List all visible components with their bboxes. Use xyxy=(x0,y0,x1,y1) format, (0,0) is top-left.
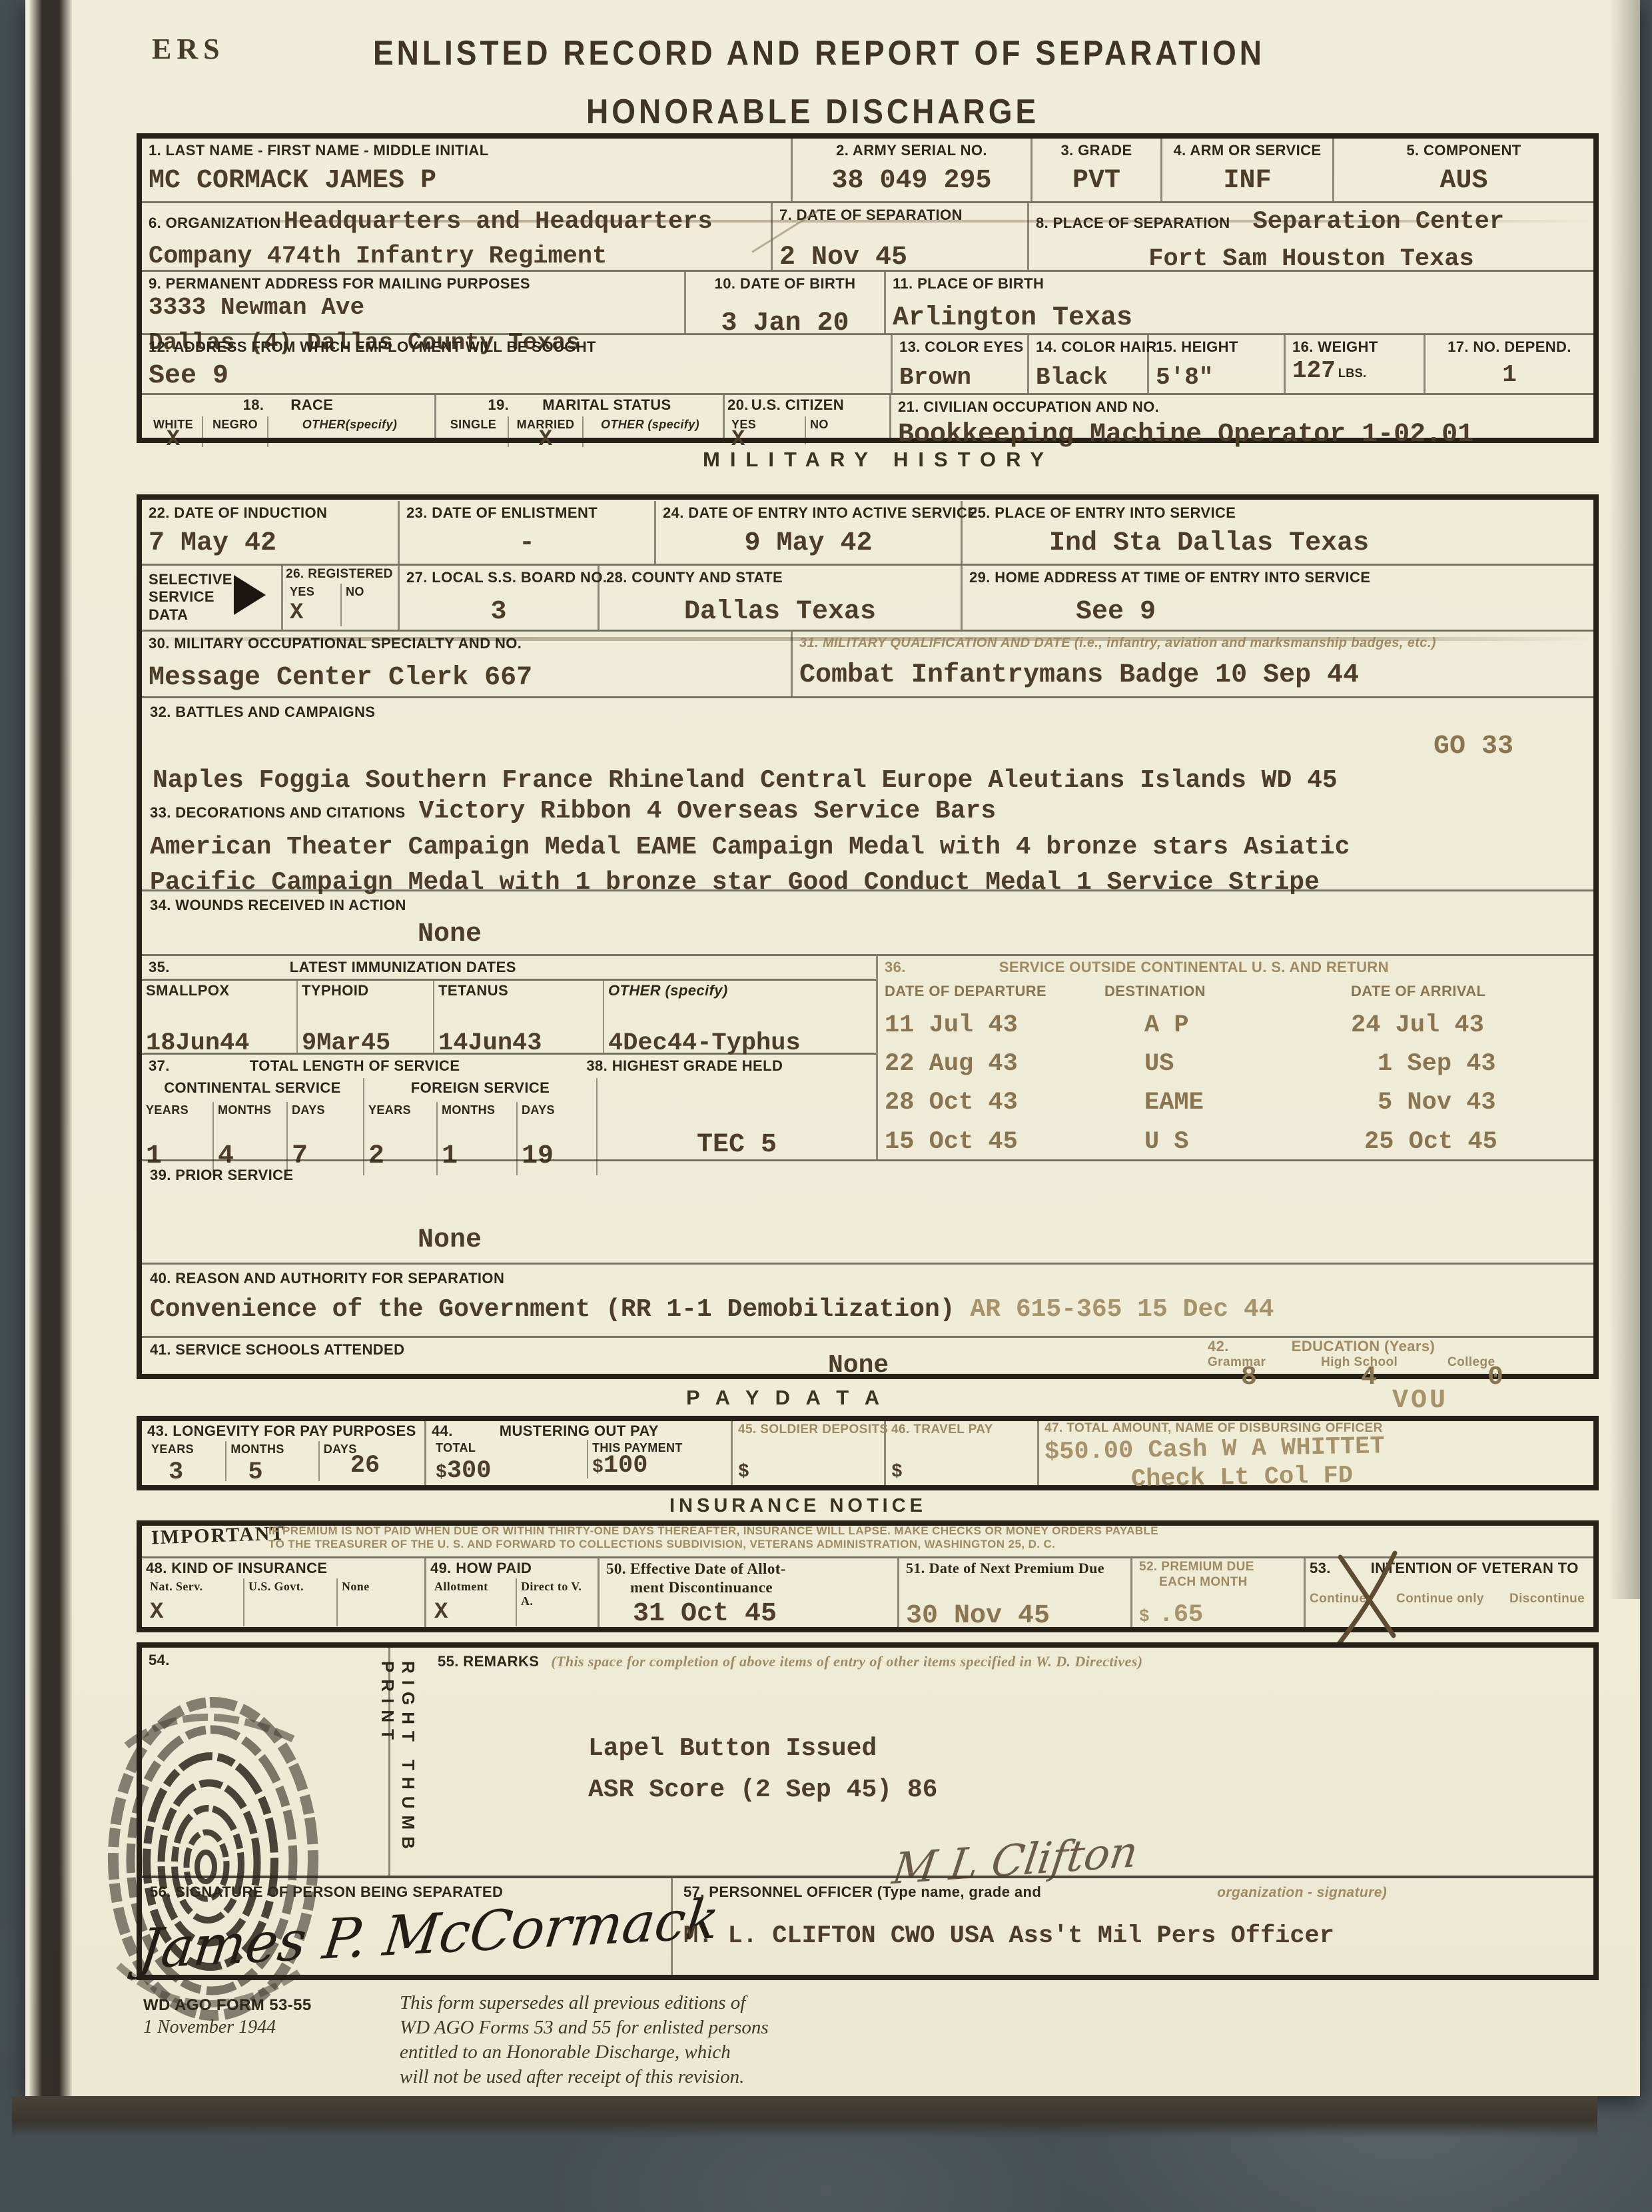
field-29-home-address: 29. HOME ADDRESS AT TIME OF ENTRY INTO S… xyxy=(963,566,1593,630)
longevity-months-value: 5 xyxy=(230,1457,314,1488)
grammar-value: 8 xyxy=(1208,1361,1321,1394)
field-43-label: 43. LONGEVITY FOR PAY PURPOSES xyxy=(147,1422,419,1440)
field-20-title: U.S. CITIZEN xyxy=(751,396,844,413)
field-38-label: 38. HIGHEST GRADE HELD xyxy=(586,1057,783,1075)
field-11-value: Arlington Texas xyxy=(893,302,1587,335)
field-37-title: TOTAL LENGTH OF SERVICE xyxy=(250,1057,460,1075)
field-51-label: 51. Date of Next Premium Due xyxy=(906,1560,1124,1577)
field-16-unit: LBS. xyxy=(1338,366,1367,380)
dest-3: EAME xyxy=(1104,1087,1351,1118)
field-13-label: 13. COLOR EYES xyxy=(899,338,1021,356)
form-date: 1 November 1944 xyxy=(143,2015,312,2039)
departure-head: DATE OF DEPARTURE xyxy=(885,983,1104,1000)
thumbprint-divider xyxy=(388,1648,390,1876)
field-1-label: 1. LAST NAME - FIRST NAME - MIDDLE INITI… xyxy=(149,142,784,159)
field-18-title: RACE xyxy=(290,396,333,414)
field-46-label: 46. TRAVEL PAY xyxy=(891,1422,1032,1438)
field-33-value2: American Theater Campaign Medal EAME Cam… xyxy=(150,831,1585,863)
field-56-signature: 56. SIGNATURE OF PERSON BEING SEPARATED … xyxy=(142,1878,673,1979)
field-51-value: 30 Nov 45 xyxy=(906,1600,1124,1633)
field-7-date-separation: 7. DATE OF SEPARATION 2 Nov 45 xyxy=(773,203,1029,270)
row-9-11: 9. PERMANENT ADDRESS FOR MAILING PURPOSE… xyxy=(142,270,1593,333)
registered-no-label: NO xyxy=(346,585,364,598)
field-24-label: 24. DATE OF ENTRY INTO ACTIVE SERVICE xyxy=(663,504,954,522)
registered-yes-option: YESX xyxy=(286,584,342,626)
military-history-heading: MILITARY HISTORY xyxy=(703,448,1054,472)
row-22-25: 22. DATE OF INDUCTION 7 May 42 23. DATE … xyxy=(142,501,1593,564)
field-18-number: 18. xyxy=(243,396,264,414)
field-1-last-name: 1. LAST NAME - FIRST NAME - MIDDLE INITI… xyxy=(142,139,793,201)
field-4-label: 4. ARM OR SERVICE xyxy=(1169,142,1326,159)
field-33-value1: Victory Ribbon 4 Overseas Service Bars xyxy=(419,797,997,826)
ers-stamp: ERS xyxy=(152,32,225,66)
field-17-value: 1 xyxy=(1432,360,1587,390)
field-15-height: 15. HEIGHT 5'8" xyxy=(1149,335,1286,393)
field-48-insurance-kind: 48. KIND OF INSURANCE Nat. Serv.X U.S. G… xyxy=(142,1558,426,1628)
field-29-label: 29. HOME ADDRESS AT TIME OF ENTRY INTO S… xyxy=(969,569,1587,586)
dest-4: U S xyxy=(1104,1127,1351,1157)
field-18-race: 18.RACE WHITEX NEGRO OTHER(specify) xyxy=(142,395,436,443)
field-41-value: None xyxy=(828,1350,889,1382)
field-45-deposits: 45. SOLDIER DEPOSITS $ xyxy=(733,1420,886,1485)
field-34-label: 34. WOUNDS RECEIVED IN ACTION xyxy=(150,897,1585,914)
other-value: 4Dec44-Typhus xyxy=(608,1028,867,1059)
field-21-value: Bookkeeping Machine Operator 1-02.01 xyxy=(898,418,1587,452)
field-42-title: EDUCATION (Years) xyxy=(1292,1338,1435,1355)
longevity-months: MONTHS5 xyxy=(226,1441,319,1481)
longevity-years: YEARS3 xyxy=(147,1441,226,1481)
immunization-smallpox: SMALLPOX18Jun44 xyxy=(142,981,298,1053)
form-number: WD AGO FORM 53-55 xyxy=(143,1996,312,2015)
field-36-title: SERVICE OUTSIDE CONTINENTAL U. S. AND RE… xyxy=(999,959,1389,976)
field-46-travel: 46. TRAVEL PAY $ xyxy=(886,1420,1039,1485)
row-18-21: 18.RACE WHITEX NEGRO OTHER(specify) 19.M… xyxy=(142,393,1593,443)
other-head: OTHER (specify) xyxy=(608,982,867,999)
field-14-label: 14. COLOR HAIR xyxy=(1036,338,1140,356)
race-other-label: OTHER(specify) xyxy=(302,418,398,431)
important-label: IMPORTANT xyxy=(151,1522,285,1549)
mustering-payment: THIS PAYMENT $100 xyxy=(588,1440,721,1478)
continental-label: CONTINENTAL SERVICE xyxy=(164,1079,341,1096)
field-15-value: 5'8" xyxy=(1156,362,1277,392)
field-44-mustering: 44.MUSTERING OUT PAY TOTAL $300 THIS PAY… xyxy=(426,1420,733,1485)
field-14-value: Black xyxy=(1036,362,1140,392)
for-years-head: YEARS xyxy=(368,1103,432,1118)
field-20-number: 20. xyxy=(727,396,749,413)
field-24-active-service: 24. DATE OF ENTRY INTO ACTIVE SERVICE 9 … xyxy=(656,501,963,564)
field-46-dollar: $ xyxy=(891,1460,1032,1484)
field-45-label: 45. SOLDIER DEPOSITS xyxy=(738,1422,879,1438)
field-40-label: 40. REASON AND AUTHORITY FOR SEPARATION xyxy=(150,1270,1585,1287)
field-31-value: Combat Infantrymans Badge 10 Sep 44 xyxy=(799,659,1587,692)
for-months-head: MONTHS xyxy=(442,1103,512,1118)
field-3-value: PVT xyxy=(1039,165,1154,198)
field-6-value2: Company 474th Infantry Regiment xyxy=(149,241,764,272)
marital-single-label: SINGLE xyxy=(450,418,496,431)
field-34-wounds: 34. WOUNDS RECEIVED IN ACTION None xyxy=(142,889,1593,954)
field-21-occupation: 21. CIVILIAN OCCUPATION AND NO. Bookkeep… xyxy=(891,395,1593,443)
field-50-label2: ment Discontinuance xyxy=(630,1578,891,1597)
row-6-8: 6. ORGANIZATION Headquarters and Headqua… xyxy=(142,201,1593,270)
paid-directva-option: Direct to V. A. xyxy=(517,1578,593,1626)
field-9-mailing-address: 9. PERMANENT ADDRESS FOR MAILING PURPOSE… xyxy=(142,272,686,333)
field-12-employment-address: 12. ADDRESS FROM WHICH EMPLOYMENT WILL B… xyxy=(142,335,893,393)
field-16-value: 127 xyxy=(1292,357,1336,384)
field-52-label1: 52. PREMIUM DUE xyxy=(1139,1560,1297,1575)
field-8-place-separation: 8. PLACE OF SEPARATION Separation Center… xyxy=(1029,203,1593,270)
field-10-label: 10. DATE OF BIRTH xyxy=(693,275,877,292)
field-25-value: Ind Sta Dallas Texas xyxy=(1049,527,1587,560)
field-16-weight: 16. WEIGHT 127 LBS. xyxy=(1286,335,1426,393)
field-30-label: 30. MILITARY OCCUPATIONAL SPECIALTY AND … xyxy=(149,635,784,652)
field-16-label: 16. WEIGHT xyxy=(1292,338,1417,356)
dep-4: 15 Oct 45 xyxy=(885,1127,1104,1157)
ins-natserv-mark: X xyxy=(150,1598,239,1627)
field-42-number: 42. xyxy=(1208,1338,1229,1355)
arrival-head: DATE OF ARRIVAL xyxy=(1351,983,1485,1000)
intent-continue-only: Continue only xyxy=(1396,1592,1509,1607)
field-12-value: See 9 xyxy=(149,360,884,393)
field-22-induction: 22. DATE OF INDUCTION 7 May 42 xyxy=(142,501,400,564)
field-39-prior-service: 39. PRIOR SERVICE None xyxy=(142,1159,1593,1263)
field-39-label: 39. PRIOR SERVICE xyxy=(150,1167,1585,1184)
field-12-label: 12. ADDRESS FROM WHICH EMPLOYMENT WILL B… xyxy=(149,338,884,356)
field-35-number: 35. xyxy=(149,959,170,976)
field-55-label: 55. REMARKS xyxy=(438,1653,539,1670)
field-55-paren: (This space for completion of above item… xyxy=(551,1653,1142,1670)
field-22-value: 7 May 42 xyxy=(149,527,391,560)
field-5-value: AUS xyxy=(1341,165,1587,198)
field-6-organization: 6. ORGANIZATION Headquarters and Headqua… xyxy=(142,203,773,270)
cont-years-head: YEARS xyxy=(146,1103,208,1118)
marital-other-option: OTHER (specify) xyxy=(584,416,717,447)
typhoid-head: TYPHOID xyxy=(302,982,429,999)
arr-1: 24 Jul 43 xyxy=(1351,1010,1484,1041)
field-23-label: 23. DATE OF ENLISTMENT xyxy=(406,504,647,522)
total-dollar: $ xyxy=(436,1462,447,1483)
footer-note-line1: This form supersedes all previous editio… xyxy=(400,1991,866,2015)
field-47-disbursing: 47. TOTAL AMOUNT, NAME OF DISBURSING OFF… xyxy=(1039,1420,1593,1485)
footer-form-id: WD AGO FORM 53-55 1 November 1944 xyxy=(143,1996,312,2039)
immunization-other: OTHER (specify)4Dec44-Typhus xyxy=(604,981,871,1053)
field-44-title: MUSTERING OUT PAY xyxy=(500,1422,659,1440)
right-edge-shadow xyxy=(1609,0,1640,1599)
field-11-birth-place: 11. PLACE OF BIRTH Arlington Texas xyxy=(886,272,1593,333)
field-27-label: 27. LOCAL S.S. BOARD NO. xyxy=(406,569,591,586)
field-40-value2: AR 615-365 15 Dec 44 xyxy=(955,1295,1274,1324)
longevity-months-head: MONTHS xyxy=(230,1442,284,1456)
scanned-discharge-document: ERS ENLISTED RECORD AND REPORT OF SEPARA… xyxy=(0,0,1652,2212)
handwritten-x-mark xyxy=(1326,1548,1412,1648)
field-6-label: 6. ORGANIZATION xyxy=(149,215,281,231)
mustering-total: TOTAL $300 xyxy=(432,1440,588,1478)
registered-yes-mark: X xyxy=(290,599,336,628)
dep-2: 22 Aug 43 xyxy=(885,1049,1104,1079)
citizen-no-option: NO xyxy=(806,416,879,444)
field-22-label: 22. DATE OF INDUCTION xyxy=(149,504,391,522)
paid-allotment-label: Allotment xyxy=(434,1580,488,1593)
field-15-label: 15. HEIGHT xyxy=(1156,338,1277,356)
field-23-value: - xyxy=(406,527,647,560)
arr-2: 1 Sep 43 xyxy=(1351,1049,1496,1079)
service-outside-block: 36. SERVICE OUTSIDE CONTINENTAL U. S. AN… xyxy=(876,954,1593,1159)
footer-note-line2: WD AGO Forms 53 and 55 for enlisted pers… xyxy=(400,2015,866,2040)
longevity-years-head: YEARS xyxy=(151,1442,194,1456)
field-28-label: 28. COUNTY AND STATE xyxy=(606,569,954,586)
field-20-citizen: 20. U.S. CITIZEN YESX NO xyxy=(725,395,891,443)
marital-other-label: OTHER (specify) xyxy=(601,418,699,431)
destination-head: DESTINATION xyxy=(1104,983,1351,1000)
citizen-yes-mark: X xyxy=(731,432,801,448)
field-26-registered: 26. REGISTERED YESX NO xyxy=(283,566,400,630)
marital-married-option: MARRIEDX xyxy=(509,416,584,447)
field-34-value: None xyxy=(150,918,749,951)
field-26-label: 26. REGISTERED xyxy=(286,567,395,582)
race-negro-label: NEGRO xyxy=(212,418,258,431)
field-57-label-right: organization - signature) xyxy=(1217,1885,1387,1900)
race-white-option: WHITEX xyxy=(145,416,203,447)
important-text1: IF PREMIUM IS NOT PAID WHEN DUE OR WITHI… xyxy=(268,1524,1587,1538)
dep-1: 11 Jul 43 xyxy=(885,1010,1104,1041)
row-56-57: 56. SIGNATURE OF PERSON BEING SEPARATED … xyxy=(142,1876,1593,1976)
field-33-decorations: 33. DECORATIONS AND CITATIONS Victory Ri… xyxy=(142,792,1593,889)
field-25-label: 25. PLACE OF ENTRY INTO SERVICE xyxy=(969,504,1587,522)
longevity-days: DAYS26 xyxy=(320,1441,419,1481)
payment-dollar: $ xyxy=(592,1457,604,1478)
smallpox-head: SMALLPOX xyxy=(146,982,292,999)
field-25-entry-place: 25. PLACE OF ENTRY INTO SERVICE Ind Sta … xyxy=(963,501,1593,564)
tetanus-value: 14Jun43 xyxy=(438,1028,599,1059)
field-5-component: 5. COMPONENT AUS xyxy=(1334,139,1593,201)
field-23-enlistment: 23. DATE OF ENLISTMENT - xyxy=(400,501,656,564)
immunization-service-block: 35. LATEST IMMUNIZATION DATES SMALLPOX18… xyxy=(142,954,876,1159)
field-28-value: Dallas Texas xyxy=(606,596,954,629)
field-9-value1: 3333 Newman Ave xyxy=(149,294,364,321)
continental-service-head: CONTINENTAL SERVICE xyxy=(142,1078,364,1102)
field-24-value: 9 May 42 xyxy=(663,527,954,560)
field-40-value1: Convenience of the Government (RR 1-1 De… xyxy=(150,1295,955,1324)
cont-days-head: DAYS xyxy=(292,1103,359,1118)
arr-4: 25 Oct 45 xyxy=(1351,1127,1497,1157)
field-4-value: INF xyxy=(1169,165,1326,198)
thumbprint-image xyxy=(87,1666,366,2039)
field-55-value2: ASR Score (2 Sep 45) 86 xyxy=(588,1774,1593,1806)
field-6-value1: Headquarters and Headquarters xyxy=(284,208,713,236)
field-55-value1: Lapel Button Issued xyxy=(588,1733,1593,1765)
immunization-tetanus: TETANUS14Jun43 xyxy=(434,981,604,1053)
payment-value: 100 xyxy=(604,1452,648,1480)
ins-usgovt-option: U.S. Govt. xyxy=(244,1578,338,1626)
field-13-eyes: 13. COLOR EYES Brown xyxy=(893,335,1029,393)
field-52-premium-due: 52. PREMIUM DUE EACH MONTH $.65 xyxy=(1132,1558,1306,1628)
longevity-years-value: 3 xyxy=(151,1457,221,1488)
college-value: 0 xyxy=(1447,1361,1503,1394)
field-21-label: 21. CIVILIAN OCCUPATION AND NO. xyxy=(898,398,1587,416)
field-52-value: .65 xyxy=(1159,1601,1204,1629)
field-45-dollar: $ xyxy=(738,1460,879,1484)
field-30-value: Message Center Clerk 667 xyxy=(149,662,784,695)
field-17-label: 17. NO. DEPEND. xyxy=(1432,338,1587,356)
pay-data-heading: P A Y D A T A xyxy=(686,1386,885,1410)
field-27-value: 3 xyxy=(406,596,591,629)
ins-natserv-option: Nat. Serv.X xyxy=(146,1578,244,1626)
dest-2: US xyxy=(1104,1049,1351,1079)
registered-no-option: NO xyxy=(342,584,392,626)
field-40-reason: 40. REASON AND AUTHORITY FOR SEPARATION … xyxy=(142,1263,1593,1336)
field-7-label: 7. DATE OF SEPARATION xyxy=(779,207,1021,224)
field-3-label: 3. GRADE xyxy=(1039,142,1154,159)
left-fold-shadow xyxy=(29,0,72,2096)
page-title: ENLISTED RECORD AND REPORT OF SEPARATION xyxy=(373,33,1265,73)
field-19-title: MARITAL STATUS xyxy=(542,396,671,414)
citizen-yes-option: YESX xyxy=(727,416,806,444)
field-17-dependents: 17. NO. DEPEND. 1 xyxy=(1426,335,1593,393)
row-43-47: 43. LONGEVITY FOR PAY PURPOSES YEARS3 MO… xyxy=(142,1420,1593,1485)
ins-natserv-label: Nat. Serv. xyxy=(150,1580,203,1593)
field-11-label: 11. PLACE OF BIRTH xyxy=(893,275,1587,292)
field-32-battles: 32. BATTLES AND CAMPAIGNS GO 33 Naples F… xyxy=(142,696,1593,792)
field-51-label-text: 51. Date of Next Premium Due xyxy=(906,1560,1104,1576)
vou-stamp: VOU xyxy=(1392,1384,1448,1418)
grade-held-spacer xyxy=(598,1078,876,1102)
citizen-no-label: NO xyxy=(810,418,829,431)
field-5-label: 5. COMPONENT xyxy=(1341,142,1587,159)
cont-months-head: MONTHS xyxy=(218,1103,282,1118)
insurance-notice-heading: INSURANCE NOTICE xyxy=(669,1495,927,1517)
paper-bottom-shadow xyxy=(12,2096,1597,2137)
page-subtitle: HONORABLE DISCHARGE xyxy=(586,91,1039,131)
separatee-signature: James P. McCormack xyxy=(137,1892,722,1977)
smallpox-value: 18Jun44 xyxy=(146,1028,292,1059)
field-9-label: 9. PERMANENT ADDRESS FOR MAILING PURPOSE… xyxy=(149,275,530,292)
selective-service-arrow-icon xyxy=(234,575,266,615)
field-52-label2: EACH MONTH xyxy=(1159,1575,1297,1590)
race-other-option: OTHER(specify) xyxy=(268,416,431,447)
field-39-value: None xyxy=(150,1224,749,1257)
field-36-number: 36. xyxy=(885,959,906,976)
marital-single-option: SINGLE xyxy=(439,416,509,447)
total-head: TOTAL xyxy=(436,1441,476,1454)
field-49-how-paid: 49. HOW PAID AllotmentX Direct to V. A. xyxy=(426,1558,600,1628)
field-13-value: Brown xyxy=(899,362,1021,392)
intent-discontinue: Discontinue xyxy=(1509,1592,1585,1607)
field-31-qualification: 31. MILITARY QUALIFICATION AND DATE (i.e… xyxy=(793,632,1593,696)
dep-3: 28 Oct 43 xyxy=(885,1087,1104,1118)
row-41-42: 41. SERVICE SCHOOLS ATTENDED None 42. ED… xyxy=(142,1336,1593,1376)
field-3-grade: 3. GRADE PVT xyxy=(1032,139,1162,201)
field-38-value: TEC 5 xyxy=(602,1129,872,1162)
field-50-value: 31 Oct 45 xyxy=(633,1598,891,1631)
paid-directva-label: Direct to V. A. xyxy=(521,1580,582,1608)
field-48-label: 48. KIND OF INSURANCE xyxy=(146,1560,420,1577)
row-26-29: SELECTIVE SERVICE DATA 26. REGISTERED YE… xyxy=(142,564,1593,630)
field-33-label: 33. DECORATIONS AND CITATIONS xyxy=(150,804,406,821)
field-57-personnel-officer: 57. PERSONNEL OFFICER (Type name, grade … xyxy=(673,1878,1593,1979)
field-30-mos: 30. MILITARY OCCUPATIONAL SPECIALTY AND … xyxy=(142,632,793,696)
total-value: 300 xyxy=(447,1457,492,1485)
field-44-number: 44. xyxy=(432,1422,453,1440)
field-27-board: 27. LOCAL S.S. BOARD NO. 3 xyxy=(400,566,600,630)
field-32-label: 32. BATTLES AND CAMPAIGNS xyxy=(150,704,1585,721)
field-57-value: M. L. CLIFTON CWO USA Ass't Mil Pers Off… xyxy=(683,1922,1334,1950)
field-2-label: 2. ARMY SERIAL NO. xyxy=(799,142,1024,159)
race-negro-option: NEGRO xyxy=(203,416,268,447)
arr-3: 5 Nov 43 xyxy=(1351,1087,1496,1118)
registered-yes-label: YES xyxy=(290,585,314,598)
field-31-label: 31. MILITARY QUALIFICATION AND DATE (i.e… xyxy=(799,635,1587,651)
field-2-serial: 2. ARMY SERIAL NO. 38 049 295 xyxy=(793,139,1032,201)
tetanus-head: TETANUS xyxy=(438,982,599,999)
race-white-mark: X xyxy=(149,432,198,448)
row-30-31: 30. MILITARY OCCUPATIONAL SPECIALTY AND … xyxy=(142,630,1593,696)
field-8-label: 8. PLACE OF SEPARATION xyxy=(1036,215,1230,231)
field-1-value: MC CORMACK JAMES P xyxy=(149,165,784,198)
row-1-5: 1. LAST NAME - FIRST NAME - MIDDLE INITI… xyxy=(142,139,1593,201)
field-29-value: See 9 xyxy=(1076,596,1587,629)
field-53-intention: 53.INTENTION OF VETERAN TO Continue Cont… xyxy=(1306,1558,1593,1628)
paid-allotment-mark: X xyxy=(434,1598,512,1627)
typhoid-value: 9Mar45 xyxy=(302,1028,429,1059)
immunization-typhoid: TYPHOID9Mar45 xyxy=(298,981,434,1053)
row-48-53: 48. KIND OF INSURANCE Nat. Serv.X U.S. G… xyxy=(142,1556,1593,1628)
field-51-next-premium: 51. Date of Next Premium Due 30 Nov 45 xyxy=(899,1558,1132,1628)
ins-usgovt-label: U.S. Govt. xyxy=(248,1580,304,1593)
selective-service-block: SELECTIVE SERVICE DATA xyxy=(142,566,283,630)
right-thumb-print-label: RIGHT THUMB PRINT xyxy=(377,1661,418,1868)
field-28-county: 28. COUNTY AND STATE Dallas Texas xyxy=(600,566,963,630)
field-52-dollar: $ xyxy=(1139,1606,1150,1626)
field-4-arm: 4. ARM OR SERVICE INF xyxy=(1162,139,1334,201)
foreign-label: FOREIGN SERVICE xyxy=(411,1079,550,1096)
field-8-value1: Separation Center xyxy=(1253,208,1504,236)
footer-note-line3: entitled to an Honorable Discharge, whic… xyxy=(400,2040,866,2065)
field-50-allotment-date: 50. Effective Date of Allot- ment Discon… xyxy=(600,1558,899,1628)
field-32-go-note: GO 33 xyxy=(1434,730,1513,764)
ins-none-option: None xyxy=(338,1578,418,1626)
field-50-label1: 50. Effective Date of Allot- xyxy=(606,1560,891,1578)
field-49-label: 49. HOW PAID xyxy=(430,1560,594,1577)
footer-note: This form supersedes all previous editio… xyxy=(400,1991,866,2089)
dest-1: A P xyxy=(1104,1010,1351,1041)
field-19-number: 19. xyxy=(488,396,509,414)
marital-married-mark: X xyxy=(513,432,578,448)
field-37-number: 37. xyxy=(149,1057,170,1075)
field-43-longevity: 43. LONGEVITY FOR PAY PURPOSES YEARS3 MO… xyxy=(142,1420,426,1485)
field-2-value: 38 049 295 xyxy=(799,165,1024,198)
field-19-marital: 19.MARITAL STATUS SINGLE MARRIEDX OTHER … xyxy=(436,395,725,443)
field-35-title: LATEST IMMUNIZATION DATES xyxy=(290,959,516,976)
field-14-hair: 14. COLOR HAIR Black xyxy=(1029,335,1149,393)
ins-none-label: None xyxy=(342,1580,370,1593)
foreign-service-head: FOREIGN SERVICE xyxy=(364,1078,598,1102)
footer-note-line4: will not be used after receipt of this r… xyxy=(400,2065,866,2089)
for-days-head: DAYS xyxy=(522,1103,592,1118)
field-10-birth-date: 10. DATE OF BIRTH 3 Jan 20 xyxy=(686,272,886,333)
paid-allotment-option: AllotmentX xyxy=(430,1578,517,1626)
row-12-17: 12. ADDRESS FROM WHICH EMPLOYMENT WILL B… xyxy=(142,333,1593,393)
